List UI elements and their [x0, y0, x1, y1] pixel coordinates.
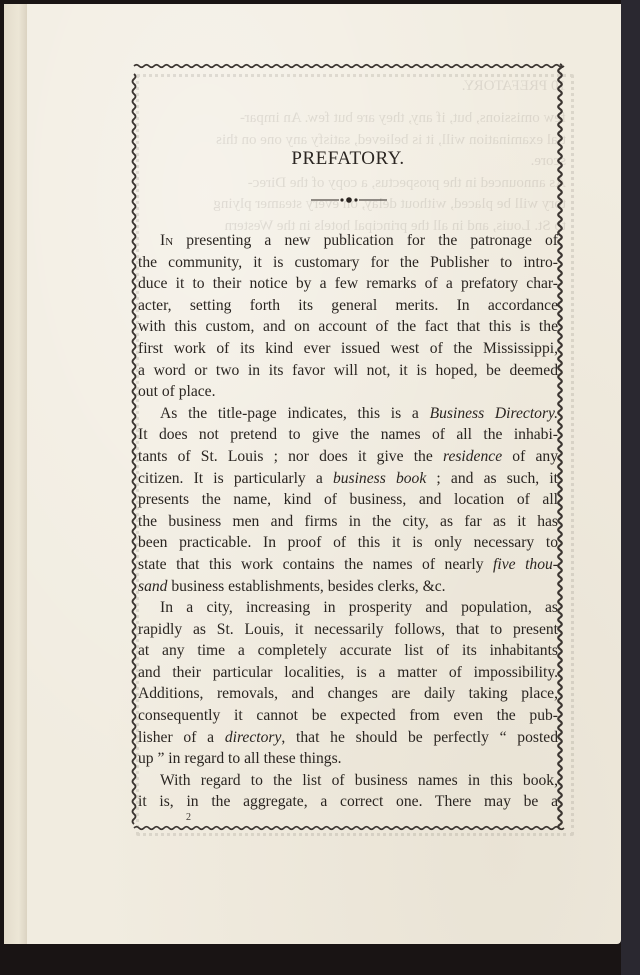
- italic-text: business book: [333, 470, 426, 487]
- signature-mark: 2: [186, 812, 191, 823]
- text-line: citizen. It is particularly a business b…: [138, 468, 558, 490]
- text-run: the community, it is customary for the P…: [138, 254, 558, 271]
- text-run: been practicable. In proof of this it is…: [138, 534, 558, 551]
- text-run: ; and as such, it: [426, 470, 558, 487]
- text-run: rapidly as St. Louis, it necessarily fol…: [138, 621, 558, 638]
- previous-page-edge: [4, 4, 28, 944]
- text-line: In presenting a new publication for the …: [138, 230, 558, 252]
- text-line: at any time a completely accurate list o…: [138, 640, 558, 662]
- text-run: Additions, removals, and changes are dai…: [138, 685, 558, 702]
- text-line: the business men and firms in the city, …: [138, 511, 558, 533]
- text-line: In a city, increasing in prosperity and …: [138, 597, 558, 619]
- text-line: As the title-page indicates, this is a B…: [138, 403, 558, 425]
- text-line: sand business establishments, besides cl…: [138, 576, 558, 598]
- text-line: been practicable. In proof of this it is…: [138, 532, 558, 554]
- text-line: first work of its kind ever issued west …: [138, 338, 558, 360]
- text-line: consequently it cannot be expected from …: [138, 705, 558, 727]
- text-line: tants of St. Louis ; nor does it give th…: [138, 446, 558, 468]
- text-line: the community, it is customary for the P…: [138, 252, 558, 274]
- text-run: With regard to the list of business name…: [160, 772, 558, 789]
- italic-text: directory: [225, 729, 282, 746]
- body-text: In presenting a new publication for the …: [138, 230, 558, 813]
- text-line: acter, setting forth its general merits.…: [138, 295, 558, 317]
- text-run: lisher of a: [138, 729, 225, 746]
- text-line: Additions, removals, and changes are dai…: [138, 683, 558, 705]
- text-line: It does not pretend to give the names of…: [138, 424, 558, 446]
- text-run: As the title-page indicates, this is a: [160, 405, 430, 422]
- text-run: the business men and firms in the city, …: [138, 513, 558, 530]
- text-run: a word or two in its favor will not, it …: [138, 362, 558, 379]
- text-run: presenting a new publication for the pat…: [173, 232, 558, 249]
- text-line: up ” in regard to all these things.: [138, 748, 558, 770]
- text-run: citizen. It is particularly a: [138, 470, 333, 487]
- scan-background-shadow: [621, 0, 640, 975]
- text-line: with this custom, and on account of the …: [138, 316, 558, 338]
- text-run: at any time a completely accurate list o…: [138, 642, 558, 659]
- text-run: up ” in regard to all these things.: [138, 750, 342, 767]
- text-line: presents the name, kind of business, and…: [138, 489, 558, 511]
- text-line: out of place.: [138, 381, 558, 403]
- scanned-book-page: 10 PREFATORY. few omissions, but, if any…: [0, 0, 640, 975]
- italic-text: residence: [443, 448, 502, 465]
- text-run: It does not pretend to give the names of…: [138, 426, 558, 443]
- small-caps-text: In: [160, 232, 173, 249]
- text-run: business establishments, besides clerks,…: [167, 578, 445, 595]
- text-line: and their particular localities, is a ma…: [138, 662, 558, 684]
- text-run: it is, in the aggregate, a correct one. …: [138, 793, 558, 810]
- text-run: tants of St. Louis ; nor does it give th…: [138, 448, 443, 465]
- text-run: first work of its kind ever issued west …: [138, 340, 558, 357]
- text-run: , that he should be perfectly “ posted: [281, 729, 558, 746]
- text-line: state that this work contains the names …: [138, 554, 558, 576]
- italic-text: Business Directory.: [430, 405, 558, 422]
- text-run: In a city, increasing in prosperity and …: [160, 599, 558, 616]
- text-run: out of place.: [138, 383, 216, 400]
- text-run: and their particular localities, is a ma…: [138, 664, 558, 681]
- text-run: of any: [502, 448, 558, 465]
- page-title: PREFATORY.: [138, 148, 558, 170]
- text-run: acter, setting forth its general merits.…: [138, 297, 558, 314]
- text-line: a word or two in its favor will not, it …: [138, 360, 558, 382]
- dot-rule-ornament-icon: [309, 194, 389, 206]
- text-run: consequently it cannot be expected from …: [138, 707, 558, 724]
- text-run: presents the name, kind of business, and…: [138, 491, 558, 508]
- text-run: state that this work contains the names …: [138, 556, 493, 573]
- text-line: rapidly as St. Louis, it necessarily fol…: [138, 619, 558, 641]
- italic-text: sand: [138, 578, 167, 595]
- text-line: it is, in the aggregate, a correct one. …: [138, 791, 558, 813]
- text-line: duce it to their notice by a few remarks…: [138, 273, 558, 295]
- text-run: with this custom, and on account of the …: [138, 318, 558, 335]
- italic-text: five thou-: [493, 556, 558, 573]
- text-line: lisher of a directory, that he should be…: [138, 727, 558, 749]
- text-line: With regard to the list of business name…: [138, 770, 558, 792]
- text-run: duce it to their notice by a few remarks…: [138, 275, 558, 292]
